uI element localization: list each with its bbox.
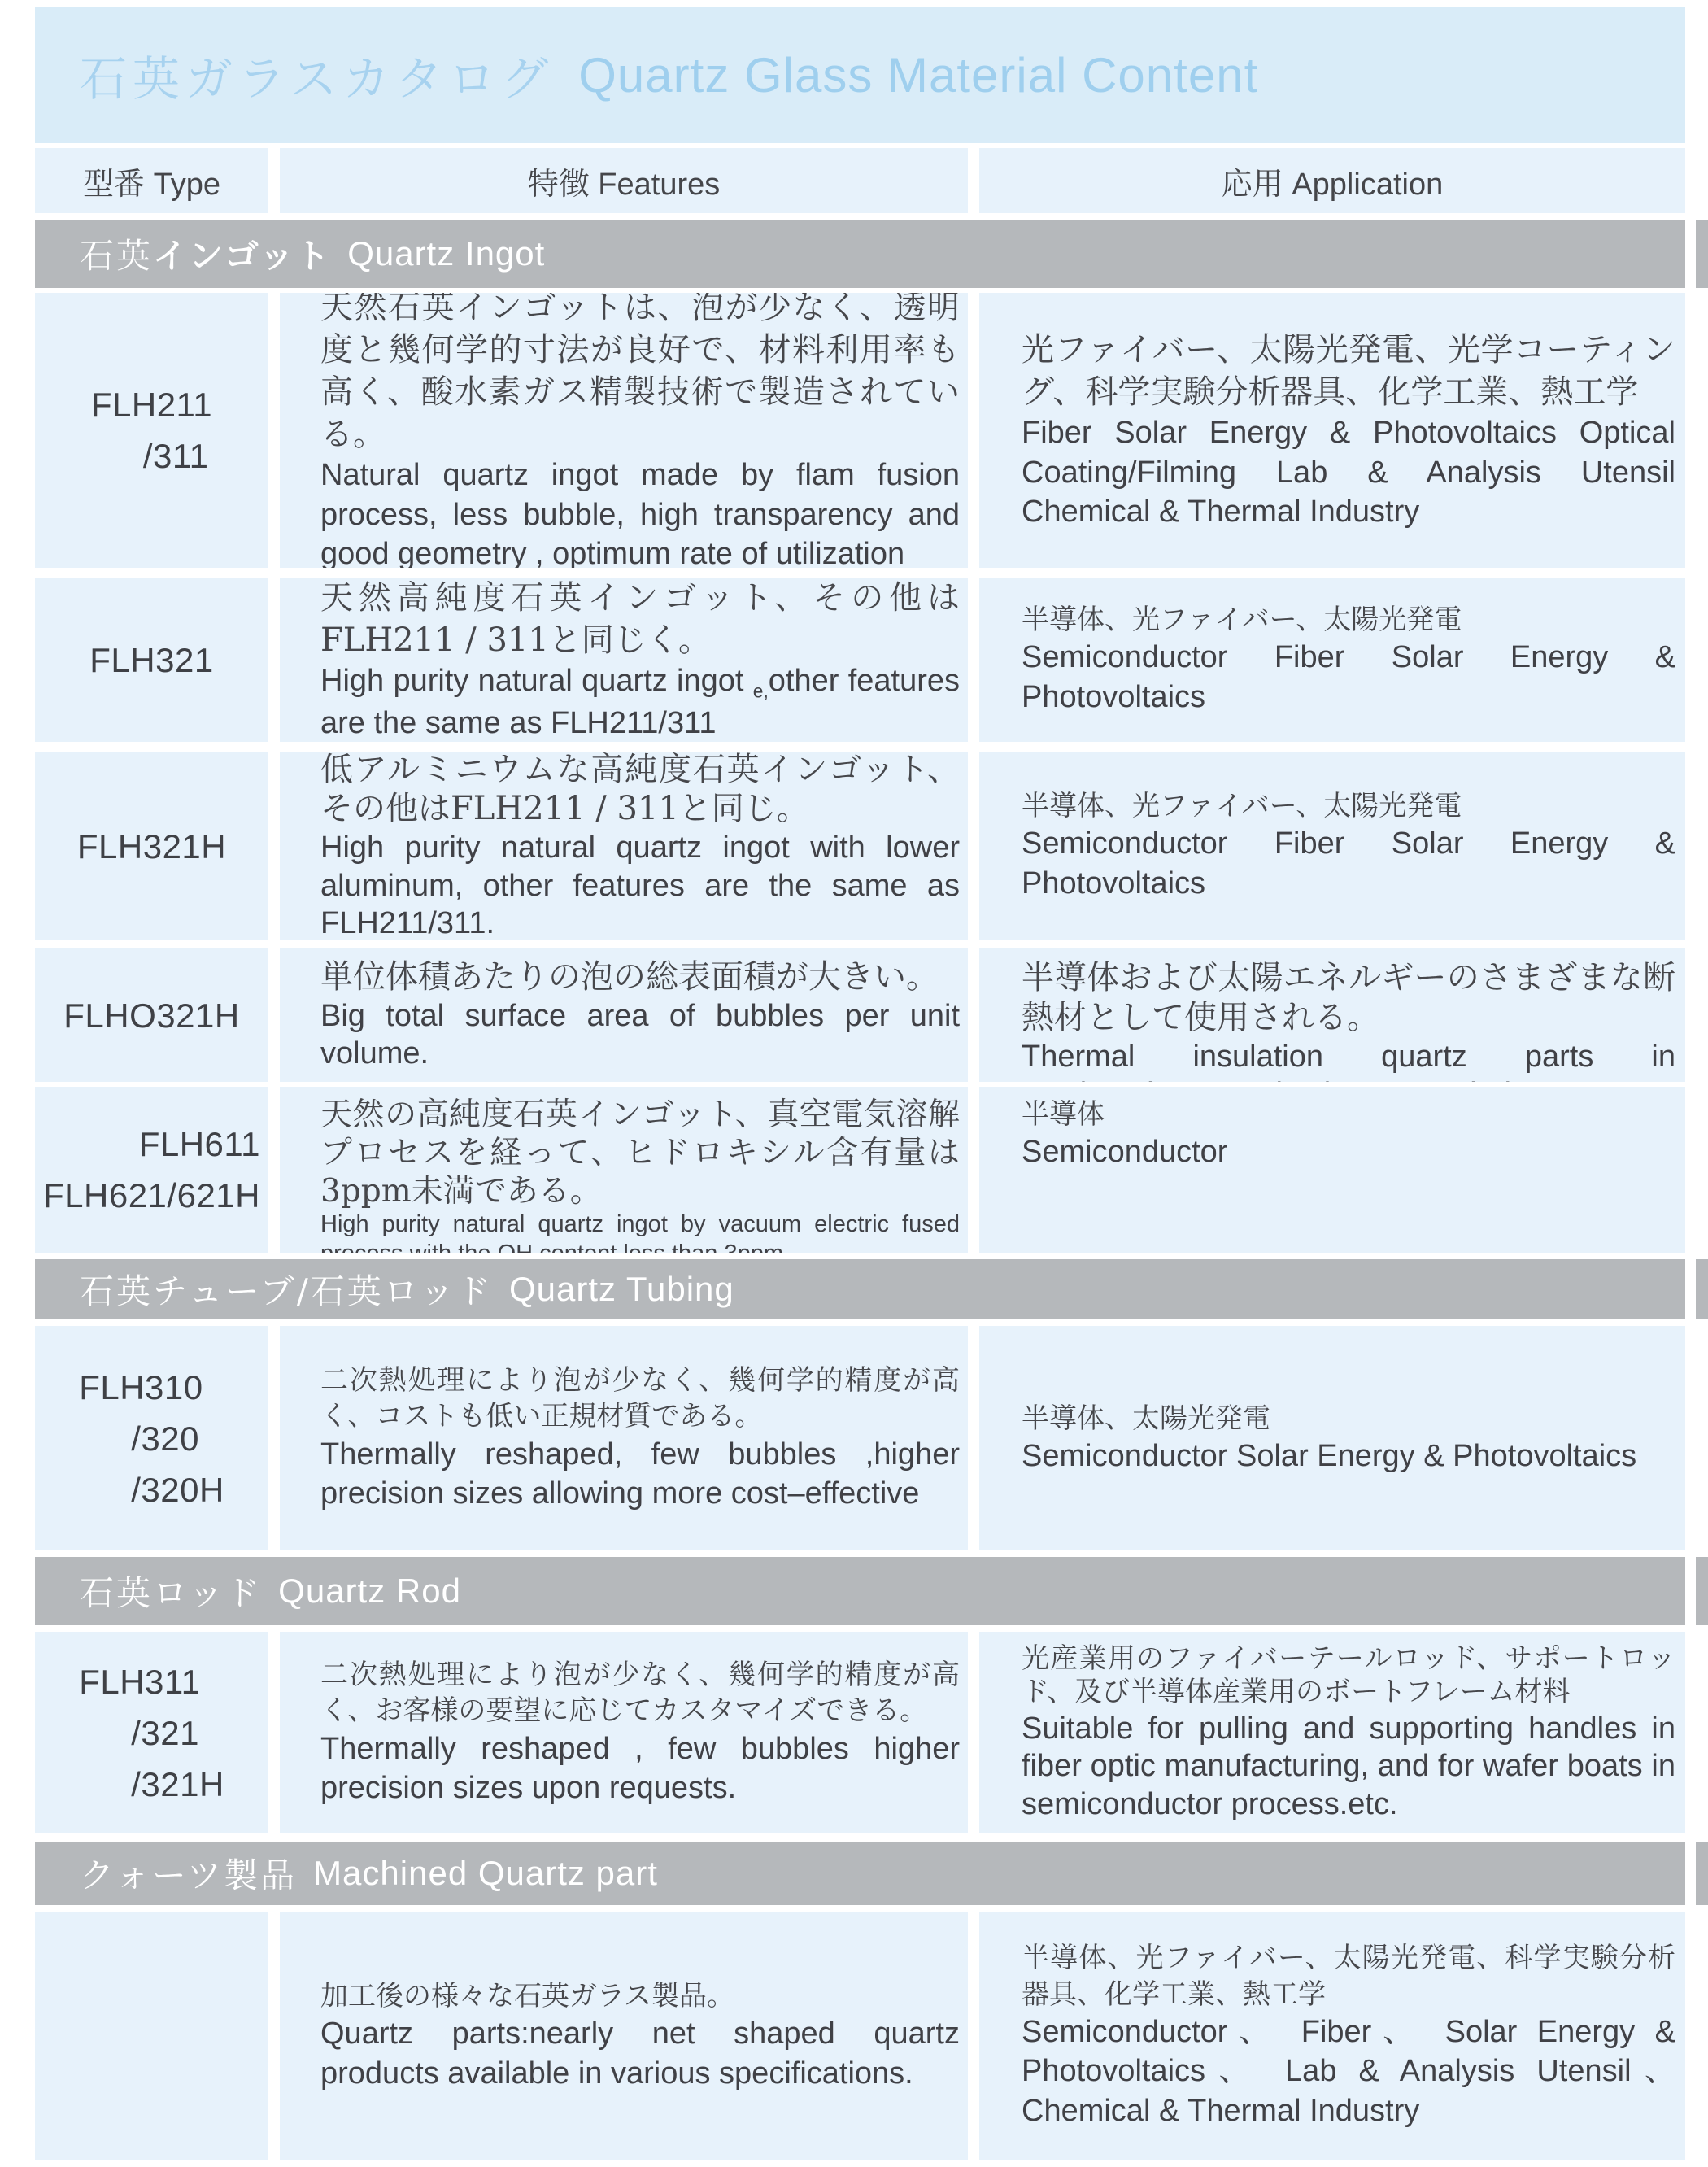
- section-label-en: Quartz Ingot: [347, 234, 545, 273]
- column-header-application: 応用 Application: [979, 148, 1685, 213]
- features-cell: 二次熱処理により泡が少なく、幾何学的精度が高く、お客様の要望に応じてカスタマイズ…: [280, 1632, 968, 1833]
- type-cell: FLH321H: [35, 752, 268, 940]
- section-header-label: 石英インゴット Quartz Ingot: [35, 220, 1685, 288]
- application-text-en: Semiconductor、 Fiber、 Solar Energy & Pho…: [1022, 2012, 1675, 2131]
- type-label: FLH311 /321 /321H: [79, 1656, 224, 1810]
- features-en-pre: High purity natural quartz ingot: [320, 664, 753, 698]
- table-row-flh311: FLH311 /321 /321H 二次熱処理により泡が少なく、幾何学的精度が高…: [35, 1632, 1685, 1833]
- features-text-jp: 単位体積あたりの泡の総表面積が大きい。: [320, 957, 960, 997]
- section-label-jp: 石英: [80, 229, 153, 278]
- type-cell: FLH310 /320 /320H: [35, 1326, 268, 1550]
- features-en-subscript: e,: [753, 680, 769, 701]
- section-label-jp-bold: インゴット: [153, 229, 331, 278]
- section-header-machined-quartz: クォーツ製品 Machined Quartz part: [35, 1842, 1708, 1905]
- application-cell: 光産業用のファイバーテールロッド、サポートロッド、及び半導体産業用のボートフレー…: [979, 1632, 1685, 1833]
- application-cell: 半導体および太陽エネルギーのさまざまな断熱材として使用される。 Thermal …: [979, 948, 1685, 1082]
- type-label: FLH321H: [77, 821, 226, 872]
- application-text-en: Suitable for pulling and supporting hand…: [1022, 1710, 1675, 1823]
- type-line: /311: [143, 430, 212, 482]
- features-text-en: High purity natural quartz ingot by vacu…: [320, 1210, 960, 1253]
- type-cell: FLH311 /321 /321H: [35, 1632, 268, 1833]
- type-label: FLHO321H: [63, 990, 239, 1041]
- application-text-jp: 半導体、光ファイバー、太陽光発電: [1022, 602, 1675, 638]
- section-label-en: Quartz Tubing: [509, 1270, 734, 1309]
- table-row-machined-quartz: 加工後の様々な石英ガラス製品。 Quartz parts:nearly net …: [35, 1912, 1685, 2160]
- features-text-en: Thermally reshaped , few bubbles higher …: [320, 1729, 960, 1808]
- table-row-flh211: FLH211 /311 天然石英インゴットは、泡が少なく、透明度と幾何学的寸法が…: [35, 293, 1685, 568]
- section-header-label: 石英ロッド Quartz Rod: [35, 1557, 1685, 1625]
- type-label: FLH211 /311: [91, 379, 212, 482]
- application-text-jp: 半導体、光ファイバー、太陽光発電: [1022, 788, 1675, 824]
- bar-edge: [1696, 1842, 1708, 1905]
- table-row-flh611: FLH611 FLH621/621H 天然の高純度石英インゴット、真空電気溶解プ…: [35, 1087, 1685, 1253]
- type-cell: FLH211 /311: [35, 293, 268, 568]
- type-line: /320H: [131, 1464, 224, 1515]
- application-cell: 半導体、太陽光発電 Semiconductor Solar Energy & P…: [979, 1326, 1685, 1550]
- title-band: 石英ガラスカタログ Quartz Glass Material Content: [35, 7, 1685, 143]
- type-cell: FLH611 FLH621/621H: [35, 1087, 268, 1253]
- section-label-jp: 石英チューブ/石英ロッド: [80, 1265, 493, 1314]
- type-label: FLH611 FLH621/621H: [35, 1118, 268, 1221]
- section-header-label: 石英チューブ/石英ロッド Quartz Tubing: [35, 1259, 1685, 1319]
- application-text-jp: 半導体および太陽エネルギーのさまざまな断熱材として使用される。: [1022, 958, 1675, 1038]
- application-text-en: Semiconductor Fiber Solar Energy & Photo…: [1022, 824, 1675, 903]
- column-header-features: 特徴 Features: [280, 148, 968, 213]
- bar-notch: [1685, 1259, 1696, 1319]
- type-cell: FLH321: [35, 578, 268, 742]
- application-cell: 光ファイバー、太陽光発電、光学コーティング、科学実験分析器具、化学工業、熱工学 …: [979, 293, 1685, 568]
- column-header-type: 型番 Type: [35, 148, 268, 213]
- type-line: /321H: [131, 1759, 224, 1810]
- features-text-en: Thermally reshaped, few bubbles ,higher …: [320, 1435, 960, 1514]
- features-cell: 天然石英インゴットは、泡が少なく、透明度と幾何学的寸法が良好で、材料利用率も高く…: [280, 293, 968, 568]
- section-header-label: クォーツ製品 Machined Quartz part: [35, 1842, 1685, 1905]
- features-cell: 低アルミニウムな高純度石英インゴット、その他はFLH211 / 311と同じ。 …: [280, 752, 968, 940]
- table-row-flho321h: FLHO321H 単位体積あたりの泡の総表面積が大きい。 Big total s…: [35, 948, 1685, 1082]
- page-title-jp: 石英ガラスカタログ: [80, 41, 554, 109]
- application-cell: 半導体、光ファイバー、太陽光発電 Semiconductor Fiber Sol…: [979, 752, 1685, 940]
- type-line: FLH621/621H: [35, 1170, 260, 1221]
- section-label-en: Quartz Rod: [278, 1572, 461, 1611]
- features-text-en: Big total surface area of bubbles per un…: [320, 997, 960, 1073]
- type-line: FLH321: [89, 634, 213, 686]
- features-cell: 天然高純度石英インゴット、その他はFLH211 / 311と同じく。 High …: [280, 578, 968, 742]
- features-text-jp: 低アルミニウムな高純度石英インゴット、その他はFLH211 / 311と同じ。: [320, 752, 960, 829]
- features-cell: 単位体積あたりの泡の総表面積が大きい。 Big total surface ar…: [280, 948, 968, 1082]
- features-text-en: Natural quartz ingot made by flam fusion…: [320, 456, 960, 568]
- page-title-en: Quartz Glass Material Content: [578, 47, 1258, 103]
- section-label-jp: クォーツ製品: [80, 1849, 297, 1898]
- type-line: FLH211: [91, 379, 212, 430]
- catalog-content: 石英ガラスカタログ Quartz Glass Material Content …: [35, 7, 1708, 2160]
- type-line: /320: [131, 1413, 224, 1464]
- table-row-flh321: FLH321 天然高純度石英インゴット、その他はFLH211 / 311と同じく…: [35, 578, 1685, 742]
- application-text-en: Semiconductor Fiber Solar Energy & Photo…: [1022, 638, 1675, 717]
- type-label: FLH310 /320 /320H: [79, 1362, 224, 1515]
- type-cell: FLHO321H: [35, 948, 268, 1082]
- features-cell: 二次熱処理により泡が少なく、幾何学的精度が高く、コストも低い正規材質である。 T…: [280, 1326, 968, 1550]
- application-cell: 半導体、光ファイバー、太陽光発電 Semiconductor Fiber Sol…: [979, 578, 1685, 742]
- type-line: FLH321H: [77, 821, 226, 872]
- features-text-en: High purity natural quartz ingot e,other…: [320, 661, 960, 742]
- application-text-jp: 半導体: [1022, 1097, 1675, 1132]
- features-text-en: Quartz parts:nearly net shaped quartz pr…: [320, 2014, 960, 2093]
- bar-edge: [1696, 1557, 1708, 1625]
- features-text-jp: 二次熱処理により泡が少なく、幾何学的精度が高く、コストも低い正規材質である。: [320, 1363, 960, 1434]
- application-text-en: Semiconductor: [1022, 1132, 1675, 1172]
- application-cell: 半導体、光ファイバー、太陽光発電、科学実験分析器具、化学工業、熱工学 Semic…: [979, 1912, 1685, 2160]
- section-label-en: Machined Quartz part: [313, 1854, 658, 1893]
- bar-notch: [1685, 1842, 1696, 1905]
- section-header-quartz-rod: 石英ロッド Quartz Rod: [35, 1557, 1708, 1625]
- features-text-jp: 二次熱処理により泡が少なく、幾何学的精度が高く、お客様の要望に応じてカスタマイズ…: [320, 1657, 960, 1729]
- bar-edge: [1696, 1259, 1708, 1319]
- application-text-jp: 半導体、太陽光発電: [1022, 1401, 1675, 1437]
- features-cell: 加工後の様々な石英ガラス製品。 Quartz parts:nearly net …: [280, 1912, 968, 2160]
- type-line: /321: [131, 1707, 224, 1759]
- application-text-en: Thermal insulation quartz parts in semic…: [1022, 1038, 1675, 1082]
- features-cell: 天然の高純度石英インゴット、真空電気溶解プロセスを経って、ヒドロキシル含有量は3…: [280, 1087, 968, 1253]
- application-text-en: Fiber Solar Energy & Photovoltaics Optic…: [1022, 413, 1675, 532]
- catalog-page: 石英ガラスカタログ Quartz Glass Material Content …: [0, 0, 1708, 2167]
- features-text-jp: 加工後の様々な石英ガラス製品。: [320, 1978, 960, 2014]
- type-line: FLH311: [79, 1656, 224, 1707]
- features-text-jp: 天然高純度石英インゴット、その他はFLH211 / 311と同じく。: [320, 578, 960, 661]
- table-header-row: 型番 Type 特徴 Features 応用 Application: [35, 148, 1685, 213]
- type-line: FLH310: [79, 1362, 224, 1413]
- type-cell: [35, 1912, 268, 2160]
- application-text-en: Semiconductor Solar Energy & Photovoltai…: [1022, 1437, 1675, 1476]
- features-text-jp: 天然石英インゴットは、泡が少なく、透明度と幾何学的寸法が良好で、材料利用率も高く…: [320, 293, 960, 456]
- features-text-jp: 天然の高純度石英インゴット、真空電気溶解プロセスを経って、ヒドロキシル含有量は3…: [320, 1097, 960, 1210]
- table-row-flh310: FLH310 /320 /320H 二次熱処理により泡が少なく、幾何学的精度が高…: [35, 1326, 1685, 1550]
- type-label: FLH321: [89, 634, 213, 686]
- features-text-en: High purity natural quartz ingot with lo…: [320, 829, 960, 940]
- application-text-jp: 光産業用のファイバーテールロッド、サポートロッド、及び半導体産業用のボートフレー…: [1022, 1642, 1675, 1710]
- type-line: FLH611: [35, 1118, 260, 1170]
- application-text-jp: 光ファイバー、太陽光発電、光学コーティング、科学実験分析器具、化学工業、熱工学: [1022, 329, 1675, 413]
- section-label-jp: 石英ロッド: [80, 1567, 262, 1615]
- section-header-quartz-tubing: 石英チューブ/石英ロッド Quartz Tubing: [35, 1259, 1708, 1319]
- application-cell: 半導体 Semiconductor: [979, 1087, 1685, 1253]
- type-line: FLHO321H: [63, 990, 239, 1041]
- table-row-flh321h: FLH321H 低アルミニウムな高純度石英インゴット、その他はFLH211 / …: [35, 752, 1685, 940]
- bar-edge: [1696, 220, 1708, 288]
- application-text-jp: 半導体、光ファイバー、太陽光発電、科学実験分析器具、化学工業、熱工学: [1022, 1940, 1675, 2012]
- bar-notch: [1685, 1557, 1696, 1625]
- section-header-quartz-ingot: 石英インゴット Quartz Ingot: [35, 220, 1708, 288]
- bar-notch: [1685, 220, 1696, 288]
